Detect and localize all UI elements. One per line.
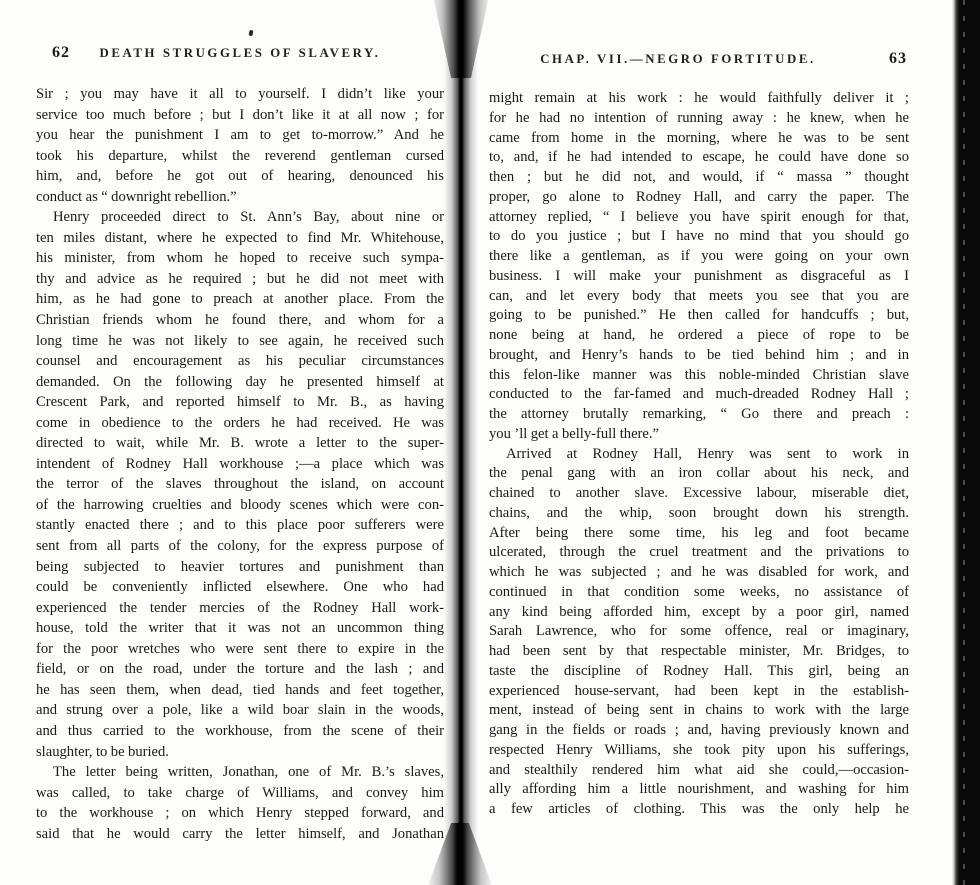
text-line: service too much before ; but I don’t li… xyxy=(36,105,444,126)
text-line: brought, and Henry’s hands to be tied be… xyxy=(489,346,909,366)
text-line: conducted to the far-famed and much-drea… xyxy=(489,385,909,405)
text-line: proper, go alone to Rodney Hall, and car… xyxy=(489,188,909,208)
text-line: Christian friends whom he found there, a… xyxy=(36,310,444,331)
text-line: you ’ll get a belly-full there.” xyxy=(489,425,909,445)
text-line: being subjected to heavier tortures and … xyxy=(36,557,444,578)
text-line: he has seen them, when dead, tied hands … xyxy=(36,680,444,701)
text-line: chained to another slave. Excessive labo… xyxy=(489,484,909,504)
left-page-header: 62 DEATH STRUGGLES OF SLAVERY. xyxy=(36,46,444,64)
text-line: chains, and the whip, soon brought down … xyxy=(489,504,909,524)
text-line: for the poor wretches who were sent ther… xyxy=(36,639,444,660)
text-line: to, and, if he had intended to escape, h… xyxy=(489,148,909,168)
text-line: counsel and encouragement as his peculia… xyxy=(36,351,444,372)
text-line: and stealthily rendered him what aid she… xyxy=(489,761,909,781)
text-line: said that he would carry the letter hims… xyxy=(36,824,444,845)
right-page: CHAP. VII.—NEGRO FORTITUDE. 63 might rem… xyxy=(489,52,909,820)
text-line: to do you justice ; but I have no mind t… xyxy=(489,227,909,247)
text-line: can, and let every body that meets you s… xyxy=(489,287,909,307)
ink-speck-artifact xyxy=(248,30,253,37)
text-line: ment, instead of being sent in chains to… xyxy=(489,701,909,721)
right-page-number: 63 xyxy=(889,50,907,68)
text-line: demanded. On the following day he presen… xyxy=(36,372,444,393)
text-line: thy and advice as he required ; but he d… xyxy=(36,269,444,290)
text-line: ulcerated, through the cruel treatment a… xyxy=(489,543,909,563)
text-line: attorney replied, “ I believe you have s… xyxy=(489,208,909,228)
text-line: business. I will make your punishment as… xyxy=(489,267,909,287)
text-line: came from home in the morning, where he … xyxy=(489,129,909,149)
text-line: The letter being written, Jonathan, one … xyxy=(36,762,444,783)
text-line: ally affording him a little nourishment,… xyxy=(489,780,909,800)
text-line: him, and, before he got out of hearing, … xyxy=(36,166,444,187)
text-line: could be conveniently inflicted elsewher… xyxy=(36,577,444,598)
text-line: experienced house-servant, had been kept… xyxy=(489,682,909,702)
text-line: Sir ; you may have it all to yourself. I… xyxy=(36,84,444,105)
right-page-text: might remain at his work : he would fait… xyxy=(489,89,909,820)
text-line: the attorney brutally remarking, “ Go th… xyxy=(489,405,909,425)
text-line: Arrived at Rodney Hall, Henry was sent t… xyxy=(489,445,909,465)
text-line: the penal gang with an iron collar about… xyxy=(489,464,909,484)
text-line: was called, to take charge of Williams, … xyxy=(36,783,444,804)
text-line: taste the discipline of Rodney Hall. Thi… xyxy=(489,662,909,682)
text-line: stantly enacted there ; and to this plac… xyxy=(36,515,444,536)
text-line: for he had no intention of running away … xyxy=(489,109,909,129)
text-line: might remain at his work : he would fait… xyxy=(489,89,909,109)
text-line: Crescent Park, and reported himself to M… xyxy=(36,392,444,413)
text-line: the terror of the slaves throughout the … xyxy=(36,474,444,495)
text-line: experienced the tender mercies of the Ro… xyxy=(36,598,444,619)
text-line: respected Henry Williams, she took pity … xyxy=(489,741,909,761)
text-line: gang in the fields or roads ; and, havin… xyxy=(489,721,909,741)
scan-edge-band xyxy=(952,0,980,885)
text-line: come in obedience to the orders he had r… xyxy=(36,413,444,434)
left-page: 62 DEATH STRUGGLES OF SLAVERY. Sir ; you… xyxy=(36,46,444,844)
text-line: then ; but he did not, and would, if “ m… xyxy=(489,168,909,188)
right-running-head: CHAP. VII.—NEGRO FORTITUDE. xyxy=(489,52,867,67)
right-page-header: CHAP. VII.—NEGRO FORTITUDE. 63 xyxy=(489,52,909,70)
text-line: and strung over a pole, like a wild boar… xyxy=(36,700,444,721)
text-line: slaughter, to be buried. xyxy=(36,742,444,763)
text-line: none being at hand, he ordered a piece o… xyxy=(489,326,909,346)
text-line: directed to wait, while Mr. B. wrote a l… xyxy=(36,433,444,454)
text-line: going to be punished.” He then called fo… xyxy=(489,306,909,326)
text-line: ten miles distant, where he expected to … xyxy=(36,228,444,249)
text-line: took his departure, whilst the reverend … xyxy=(36,146,444,167)
text-line: this felon-like manner was this noble-mi… xyxy=(489,366,909,386)
text-line: field, or on the road, under the torture… xyxy=(36,659,444,680)
text-line: his minister, from whom he hoped to rece… xyxy=(36,248,444,269)
text-line: continued in that condition some weeks, … xyxy=(489,583,909,603)
text-line: you hear the punishment I am to get to-m… xyxy=(36,125,444,146)
text-line: a few articles of clothing. This was the… xyxy=(489,800,909,820)
book-gutter-shadow xyxy=(444,0,478,885)
text-line: to the workhouse ; on which Henry steppe… xyxy=(36,803,444,824)
text-line: any kind being afforded him, except by a… xyxy=(489,603,909,623)
text-line: After being there some time, his leg and… xyxy=(489,524,909,544)
left-page-text: Sir ; you may have it all to yourself. I… xyxy=(36,84,444,844)
text-line: him, as he had gone to preach at another… xyxy=(36,289,444,310)
text-line: and thus carried to the workhouse, from … xyxy=(36,721,444,742)
left-running-head: DEATH STRUGGLES OF SLAVERY. xyxy=(36,46,444,61)
text-line: there like a gentleman, as if you were g… xyxy=(489,247,909,267)
text-line: conduct as “ downright rebellion.” xyxy=(36,187,444,208)
scan-edge-streak xyxy=(963,0,965,885)
text-line: house, told the writer that it was not a… xyxy=(36,618,444,639)
text-line: intendent of Rodney Hall workhouse ;—a p… xyxy=(36,454,444,475)
text-line: of the harrowing cruelties and bloody sc… xyxy=(36,495,444,516)
text-line: sent from all parts of the colony, for t… xyxy=(36,536,444,557)
text-line: Sarah Lawrence, who for some offence, re… xyxy=(489,622,909,642)
text-line: had been sent by that respectable minist… xyxy=(489,642,909,662)
text-line: which he was subjected ; and he was disa… xyxy=(489,563,909,583)
text-line: Henry proceeded direct to St. Ann’s Bay,… xyxy=(36,207,444,228)
text-line: long time he was not likely to see again… xyxy=(36,331,444,352)
